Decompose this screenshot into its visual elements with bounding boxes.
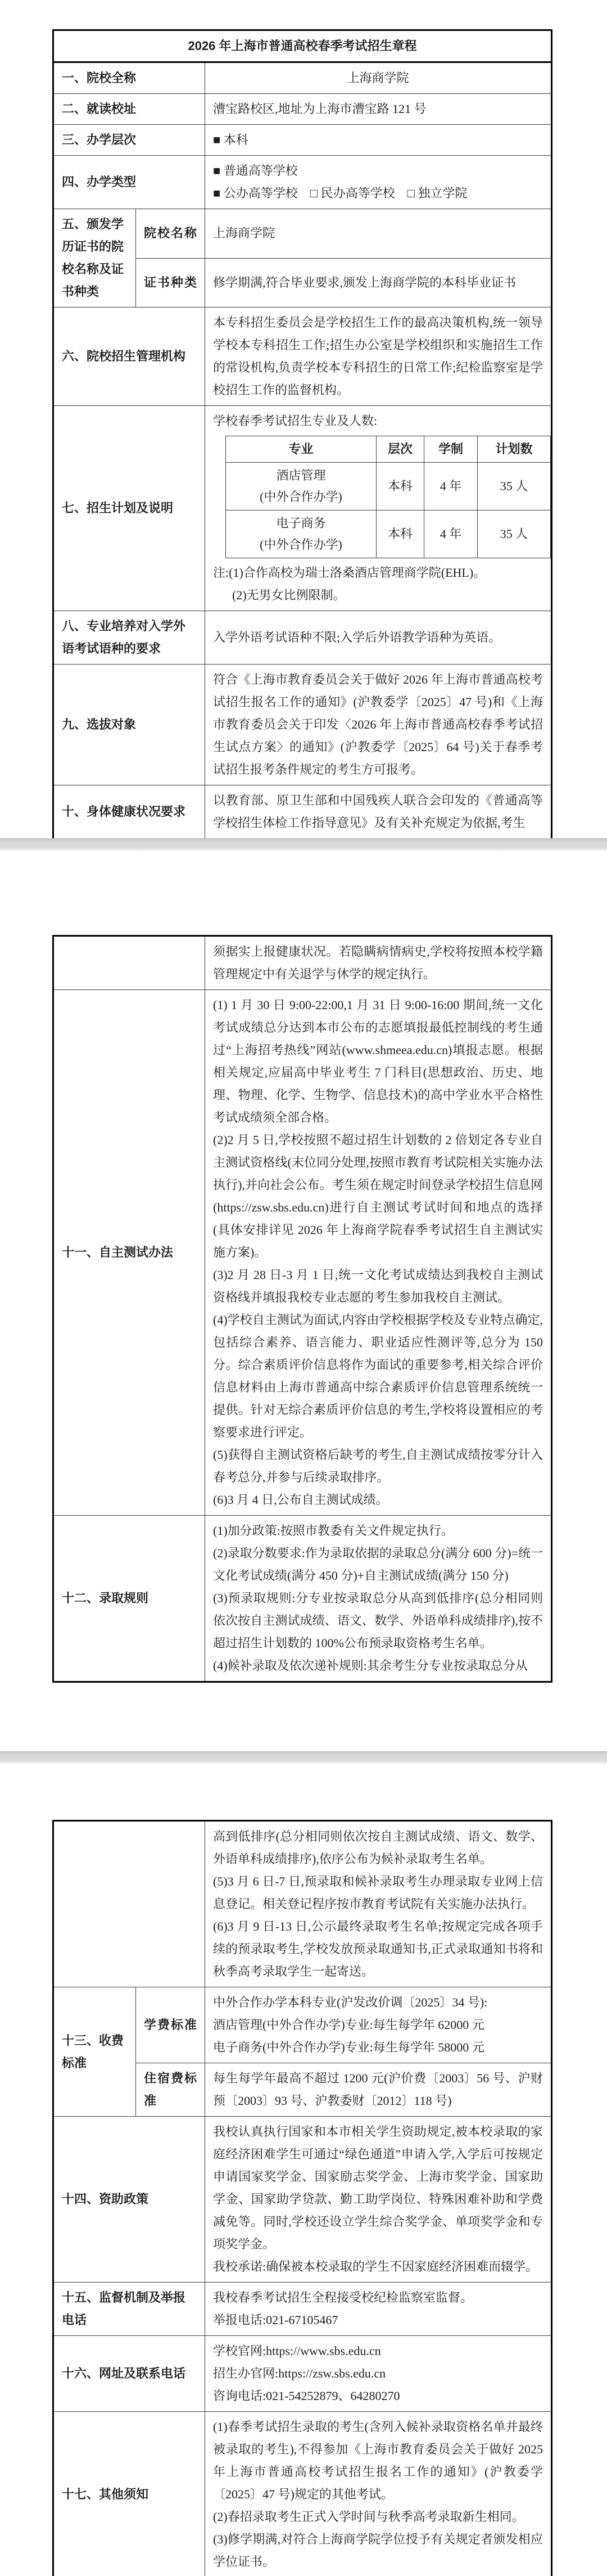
row-value-enrollment-plan: 学校春季考试招生专业及人数: 专业 层次 学制 计划数 酒店管理 (中外合作办学…	[205, 406, 552, 611]
document-page-3: 高到低排序(总分相同则依次按自主测试成绩、语文、数学、外语单科成绩排序),依序公…	[0, 1764, 607, 2576]
row-label-websites-contacts: 十六、网址及联系电话	[53, 2336, 205, 2412]
plan-header-major: 专业	[226, 436, 377, 463]
plan-major-name: 酒店管理	[228, 465, 374, 486]
document-page-2: 须据实上报健康状况。若隐瞒病情病史,学校将按照本校学籍管理规定中有关退学与休学的…	[0, 851, 607, 1751]
sub-value-tuition: 中外合作办学本科专业(沪发改价调〔2025〕34 号): 酒店管理(中外合作办学…	[205, 1987, 552, 2063]
table-row: 十、身体健康状况要求 以教育部、原卫生部和中国残疾人联合会印发的《普通高等学校招…	[53, 785, 552, 839]
other-notes-paragraph-3: (3)修学期满,对符合上海商学院学位授予有关规定者颁发相应学位证书。	[213, 2528, 543, 2573]
charter-table-page-2: 须据实上报健康状况。若隐瞒病情病史,学校将按照本校学籍管理规定中有关退学与休学的…	[52, 935, 552, 1683]
tuition-line-3: 电子商务(中外合作办学)专业:每生每学年 58000 元	[213, 2036, 543, 2059]
row-label-supervision: 十五、监督机制及举报电话	[53, 2283, 205, 2336]
other-notes-paragraph-2: (2)春招录取考生正式入学时间与秋季高考录取新生相同。	[213, 2506, 543, 2528]
page-separator	[0, 1751, 607, 1764]
supervision-phone: 举报电话:021-67105467	[213, 2309, 543, 2331]
row-label-admission-rules-continued	[53, 1821, 205, 1987]
row-label-health-requirement-continued	[53, 936, 205, 990]
other-notes-paragraph-1: (1)春季考试招生录取的考生(含列入候补录取资格名单并最终被录取的考生),不得参…	[213, 2416, 543, 2506]
table-row: 十一、自主测试办法 (1) 1 月 30 日 9:00-22:00,1 月 31…	[53, 990, 552, 1516]
independent-test-paragraph-3: (3)2 月 28 日-3 月 1 日,统一文化考试成绩达到我校自主测试资格线并…	[213, 1264, 543, 1309]
document-page-1: 2026 年上海市普通高校春季考试招生章程 一、院校全称 上海商学院 二、就读校…	[0, 0, 607, 838]
enrollment-plan-table: 专业 层次 学制 计划数 酒店管理 (中外合作办学) 本科 4 年 35 人	[225, 436, 551, 558]
enrollment-plan-note-1: 注:(1)合作高校为瑞士洛桑酒店管理商学院(EHL)。	[213, 562, 543, 584]
table-row: 四、办学类型 ■ 普通高等学校 ■ 公办高等学校 □ 民办高等学校 □ 独立学院	[53, 156, 552, 209]
table-row: 十四、资助政策 我校认真执行国家和本市相关学生资助规定,被本校录取的家庭经济困难…	[53, 2117, 552, 2283]
plan-header-years: 学制	[424, 436, 478, 463]
sub-label-issuing-school: 院校名称	[136, 209, 205, 259]
row-value-admission-rules-part2: 高到低排序(总分相同则依次按自主测试成绩、语文、数学、外语单科成绩排序),依序公…	[205, 1821, 552, 1987]
row-value-school-type: ■ 普通高等学校 ■ 公办高等学校 □ 民办高等学校 □ 独立学院	[205, 156, 552, 209]
plan-header-level: 层次	[377, 436, 424, 463]
table-row: 十六、网址及联系电话 学校官网:https://www.sbs.edu.cn 招…	[53, 2336, 552, 2412]
admission-rules-paragraph-6: (6)3 月 9 日-13 日,公示最终录取考生名单;按规定完成各项手续的预录取…	[213, 1915, 543, 1983]
row-label-language-requirement: 八、专业培养对入学外语考试语种的要求	[53, 611, 205, 665]
table-row: 高到低排序(总分相同则依次按自主测试成绩、语文、数学、外语单科成绩排序),依序公…	[53, 1821, 552, 1987]
admission-rules-paragraph-4: (4)候补录取及依次递补规则:其余考生分专业按录取总分从	[213, 1655, 543, 1677]
candidate-eligibility-text: 符合《上海市教育委员会关于做好 2026 年上海市普通高校考试招生报名工作的通知…	[213, 668, 543, 781]
page-separator	[0, 838, 607, 851]
sub-value-issuing-school: 上海商学院	[205, 209, 552, 259]
plan-major-note: (中外合作办学)	[228, 486, 374, 508]
charter-table-page-1: 2026 年上海市普通高校春季考试招生章程 一、院校全称 上海商学院 二、就读校…	[52, 29, 552, 838]
table-row: 二、就读校址 漕宝路校区,地址为上海市漕宝路 121 号	[53, 94, 552, 125]
sub-value-certificate-type: 修学期满,符合毕业要求,颁发上海商学院的本科毕业证书	[205, 258, 552, 308]
table-row: 一、院校全称 上海商学院	[53, 62, 552, 94]
inquiry-phone: 咨询电话:021-54252879、64280270	[213, 2385, 543, 2407]
admission-rules-paragraph-5: (5)3 月 6 日-7 日,预录取和候补录取考生办理录取专业网上信息登记。相关…	[213, 1870, 543, 1915]
table-row: 七、招生计划及说明 学校春季考试招生专业及人数: 专业 层次 学制 计划数 酒店…	[53, 406, 552, 611]
row-value-websites-contacts: 学校官网:https://www.sbs.edu.cn 招生办官网:https:…	[205, 2336, 552, 2412]
independent-test-paragraph-2: (2)2 月 5 日,学校按照不超过招生计划数的 2 倍划定各专业自主测试资格线…	[213, 1129, 543, 1264]
enrollment-plan-note-2: (2)无男女比例限制。	[213, 584, 543, 607]
table-row: 九、选拔对象 符合《上海市教育委员会关于做好 2026 年上海市普通高校考试招生…	[53, 665, 552, 785]
row-label-admission-rules: 十二、录取规则	[53, 1516, 205, 1682]
document-title: 2026 年上海市普通高校春季考试招生章程	[53, 30, 552, 62]
lodging-fee-text: 每生每学年最高不超过 1200 元(沪价费〔2003〕56 号、沪财预〔2003…	[213, 2067, 543, 2112]
row-label-school-name: 一、院校全称	[53, 62, 205, 94]
plan-quota: 35 人	[478, 463, 551, 510]
plan-level: 本科	[377, 463, 424, 510]
school-type-line-1: ■ 普通高等学校	[213, 160, 543, 182]
independent-test-paragraph-4: (4)学校自主测试为面试,内容由学校根据学校及专业特点确定,包括综合素养、语言能…	[213, 1309, 543, 1444]
plan-header-row: 专业 层次 学制 计划数	[226, 436, 551, 463]
tuition-line-1: 中外合作办学本科专业(沪发改价调〔2025〕34 号):	[213, 1991, 543, 2014]
independent-test-paragraph-6: (6)3 月 4 日,公布自主测试成绩。	[213, 1489, 543, 1511]
table-row: 十七、其他须知 (1)春季考试招生录取的考生(含列入候补录取资格名单并最终被录取…	[53, 2412, 552, 2576]
row-value-admission-body: 本专科招生委员会是学校招生工作的最高决策机构,统一领导学校本专科招生工作;招生办…	[205, 308, 552, 406]
plan-header-quota: 计划数	[478, 436, 551, 463]
plan-major-cell: 电子商务 (中外合作办学)	[226, 510, 377, 558]
tuition-line-2: 酒店管理(中外合作办学)专业:每生每学年 62000 元	[213, 2014, 543, 2036]
row-value-school-name: 上海商学院	[205, 62, 552, 94]
plan-quota: 35 人	[478, 510, 551, 558]
table-row: 五、颁发学历证书的院校名称及证书种类 院校名称 上海商学院	[53, 209, 552, 259]
table-row: 三、办学层次 ■ 本科	[53, 125, 552, 156]
health-requirement-text-page1: 以教育部、原卫生部和中国残疾人联合会印发的《普通高等学校招生体检工作指导意见》及…	[213, 789, 543, 834]
admission-rules-continuation: 高到低排序(总分相同则依次按自主测试成绩、语文、数学、外语单科成绩排序),依序公…	[213, 1825, 543, 1870]
admission-body-text: 本专科招生委员会是学校招生工作的最高决策机构,统一领导学校本专科招生工作;招生办…	[213, 311, 543, 401]
row-label-school-type: 四、办学类型	[53, 156, 205, 209]
sub-label-lodging: 住宿费标准	[136, 2063, 205, 2117]
admission-rules-paragraph-2: (2)录取分数要求:作为录取依据的录取总分(满分 600 分)=统一文化考试成绩…	[213, 1542, 543, 1587]
admission-rules-paragraph-3: (3)预录取规则:分专业按录取总分从高到低排序(总分相同则依次按自主测试成绩、语…	[213, 1587, 543, 1655]
charter-table-page-3: 高到低排序(总分相同则依次按自主测试成绩、语文、数学、外语单科成绩排序),依序公…	[52, 1820, 552, 2576]
enrollment-plan-intro: 学校春季考试招生专业及人数:	[213, 410, 543, 432]
row-value-candidate-eligibility: 符合《上海市教育委员会关于做好 2026 年上海市普通高校考试招生报名工作的通知…	[205, 665, 552, 785]
plan-years: 4 年	[424, 510, 478, 558]
plan-major-name: 电子商务	[228, 513, 374, 534]
row-label-other-notes: 十七、其他须知	[53, 2412, 205, 2576]
row-label-fees: 十三、收费标准	[53, 1987, 136, 2117]
row-value-other-notes: (1)春季考试招生录取的考生(含列入候补录取资格名单并最终被录取的考生),不得参…	[205, 2412, 552, 2576]
sub-value-lodging: 每生每学年最高不超过 1200 元(沪价费〔2003〕56 号、沪财预〔2003…	[205, 2063, 552, 2117]
table-row: 十五、监督机制及举报电话 我校春季考试招生全程接受校纪检监察室监督。 举报电话:…	[53, 2283, 552, 2336]
health-requirement-text-page2: 须据实上报健康状况。若隐瞒病情病史,学校将按照本校学籍管理规定中有关退学与休学的…	[213, 941, 543, 986]
admission-rules-paragraph-1: (1)加分政策:按照市教委有关文件规定执行。	[213, 1520, 543, 1542]
row-label-education-level: 三、办学层次	[53, 125, 205, 156]
table-row: 六、院校招生管理机构 本专科招生委员会是学校招生工作的最高决策机构,统一领导学校…	[53, 308, 552, 406]
plan-level: 本科	[377, 510, 424, 558]
row-value-campus-address: 漕宝路校区,地址为上海市漕宝路 121 号	[205, 94, 552, 125]
title-row: 2026 年上海市普通高校春季考试招生章程	[53, 30, 552, 62]
plan-major-note: (中外合作办学)	[228, 534, 374, 555]
financial-aid-paragraph-1: 我校认真执行国家和本市相关学生资助规定,被本校录取的家庭经济困难学生可通过“绿色…	[213, 2121, 543, 2256]
row-value-independent-test: (1) 1 月 30 日 9:00-22:00,1 月 31 日 9:00-16…	[205, 990, 552, 1516]
row-value-health-requirement-part2: 须据实上报健康状况。若隐瞒病情病史,学校将按照本校学籍管理规定中有关退学与休学的…	[205, 936, 552, 990]
row-value-language-requirement: 入学外语考试语种不限;入学后外语教学语种为英语。	[205, 611, 552, 665]
row-label-enrollment-plan: 七、招生计划及说明	[53, 406, 205, 611]
school-website: 学校官网:https://www.sbs.edu.cn	[213, 2340, 543, 2362]
table-row: 须据实上报健康状况。若隐瞒病情病史,学校将按照本校学籍管理规定中有关退学与休学的…	[53, 936, 552, 990]
independent-test-paragraph-5: (5)获得自主测试资格后缺考的考生,自主测试成绩按零分计入春考总分,并参与后续录…	[213, 1444, 543, 1489]
plan-row-hotel-management: 酒店管理 (中外合作办学) 本科 4 年 35 人	[226, 463, 551, 510]
independent-test-paragraph-1: (1) 1 月 30 日 9:00-22:00,1 月 31 日 9:00-16…	[213, 994, 543, 1129]
supervision-line-1: 我校春季考试招生全程接受校纪检监察室监督。	[213, 2286, 543, 2309]
row-label-independent-test: 十一、自主测试办法	[53, 990, 205, 1516]
row-value-supervision: 我校春季考试招生全程接受校纪检监察室监督。 举报电话:021-67105467	[205, 2283, 552, 2336]
row-label-health-requirement: 十、身体健康状况要求	[53, 785, 205, 839]
financial-aid-paragraph-2: 我校承诺:确保被本校录取的学生不因家庭经济困难而辍学。	[213, 2256, 543, 2278]
row-value-admission-rules-part1: (1)加分政策:按照市教委有关文件规定执行。 (2)录取分数要求:作为录取依据的…	[205, 1516, 552, 1682]
plan-years: 4 年	[424, 463, 478, 510]
row-label-campus-address: 二、就读校址	[53, 94, 205, 125]
table-row: 十三、收费标准 学费标准 中外合作办学本科专业(沪发改价调〔2025〕34 号)…	[53, 1987, 552, 2063]
row-value-financial-aid: 我校认真执行国家和本市相关学生资助规定,被本校录取的家庭经济困难学生可通过“绿色…	[205, 2117, 552, 2283]
admissions-website: 招生办官网:https://zsw.sbs.edu.cn	[213, 2362, 543, 2385]
row-label-financial-aid: 十四、资助政策	[53, 2117, 205, 2283]
row-label-candidate-eligibility: 九、选拔对象	[53, 665, 205, 785]
row-label-admission-body: 六、院校招生管理机构	[53, 308, 205, 406]
table-row: 十二、录取规则 (1)加分政策:按照市教委有关文件规定执行。 (2)录取分数要求…	[53, 1516, 552, 1682]
row-label-certificate: 五、颁发学历证书的院校名称及证书种类	[53, 209, 136, 308]
sub-label-tuition: 学费标准	[136, 1987, 205, 2063]
row-value-health-requirement-part1: 以教育部、原卫生部和中国残疾人联合会印发的《普通高等学校招生体检工作指导意见》及…	[205, 785, 552, 839]
plan-row-ecommerce: 电子商务 (中外合作办学) 本科 4 年 35 人	[226, 510, 551, 558]
sub-label-certificate-type: 证书种类	[136, 258, 205, 308]
row-value-education-level: ■ 本科	[205, 125, 552, 156]
table-row: 八、专业培养对入学外语考试语种的要求 入学外语考试语种不限;入学后外语教学语种为…	[53, 611, 552, 665]
school-type-line-2: ■ 公办高等学校 □ 民办高等学校 □ 独立学院	[213, 182, 543, 205]
plan-major-cell: 酒店管理 (中外合作办学)	[226, 463, 377, 510]
